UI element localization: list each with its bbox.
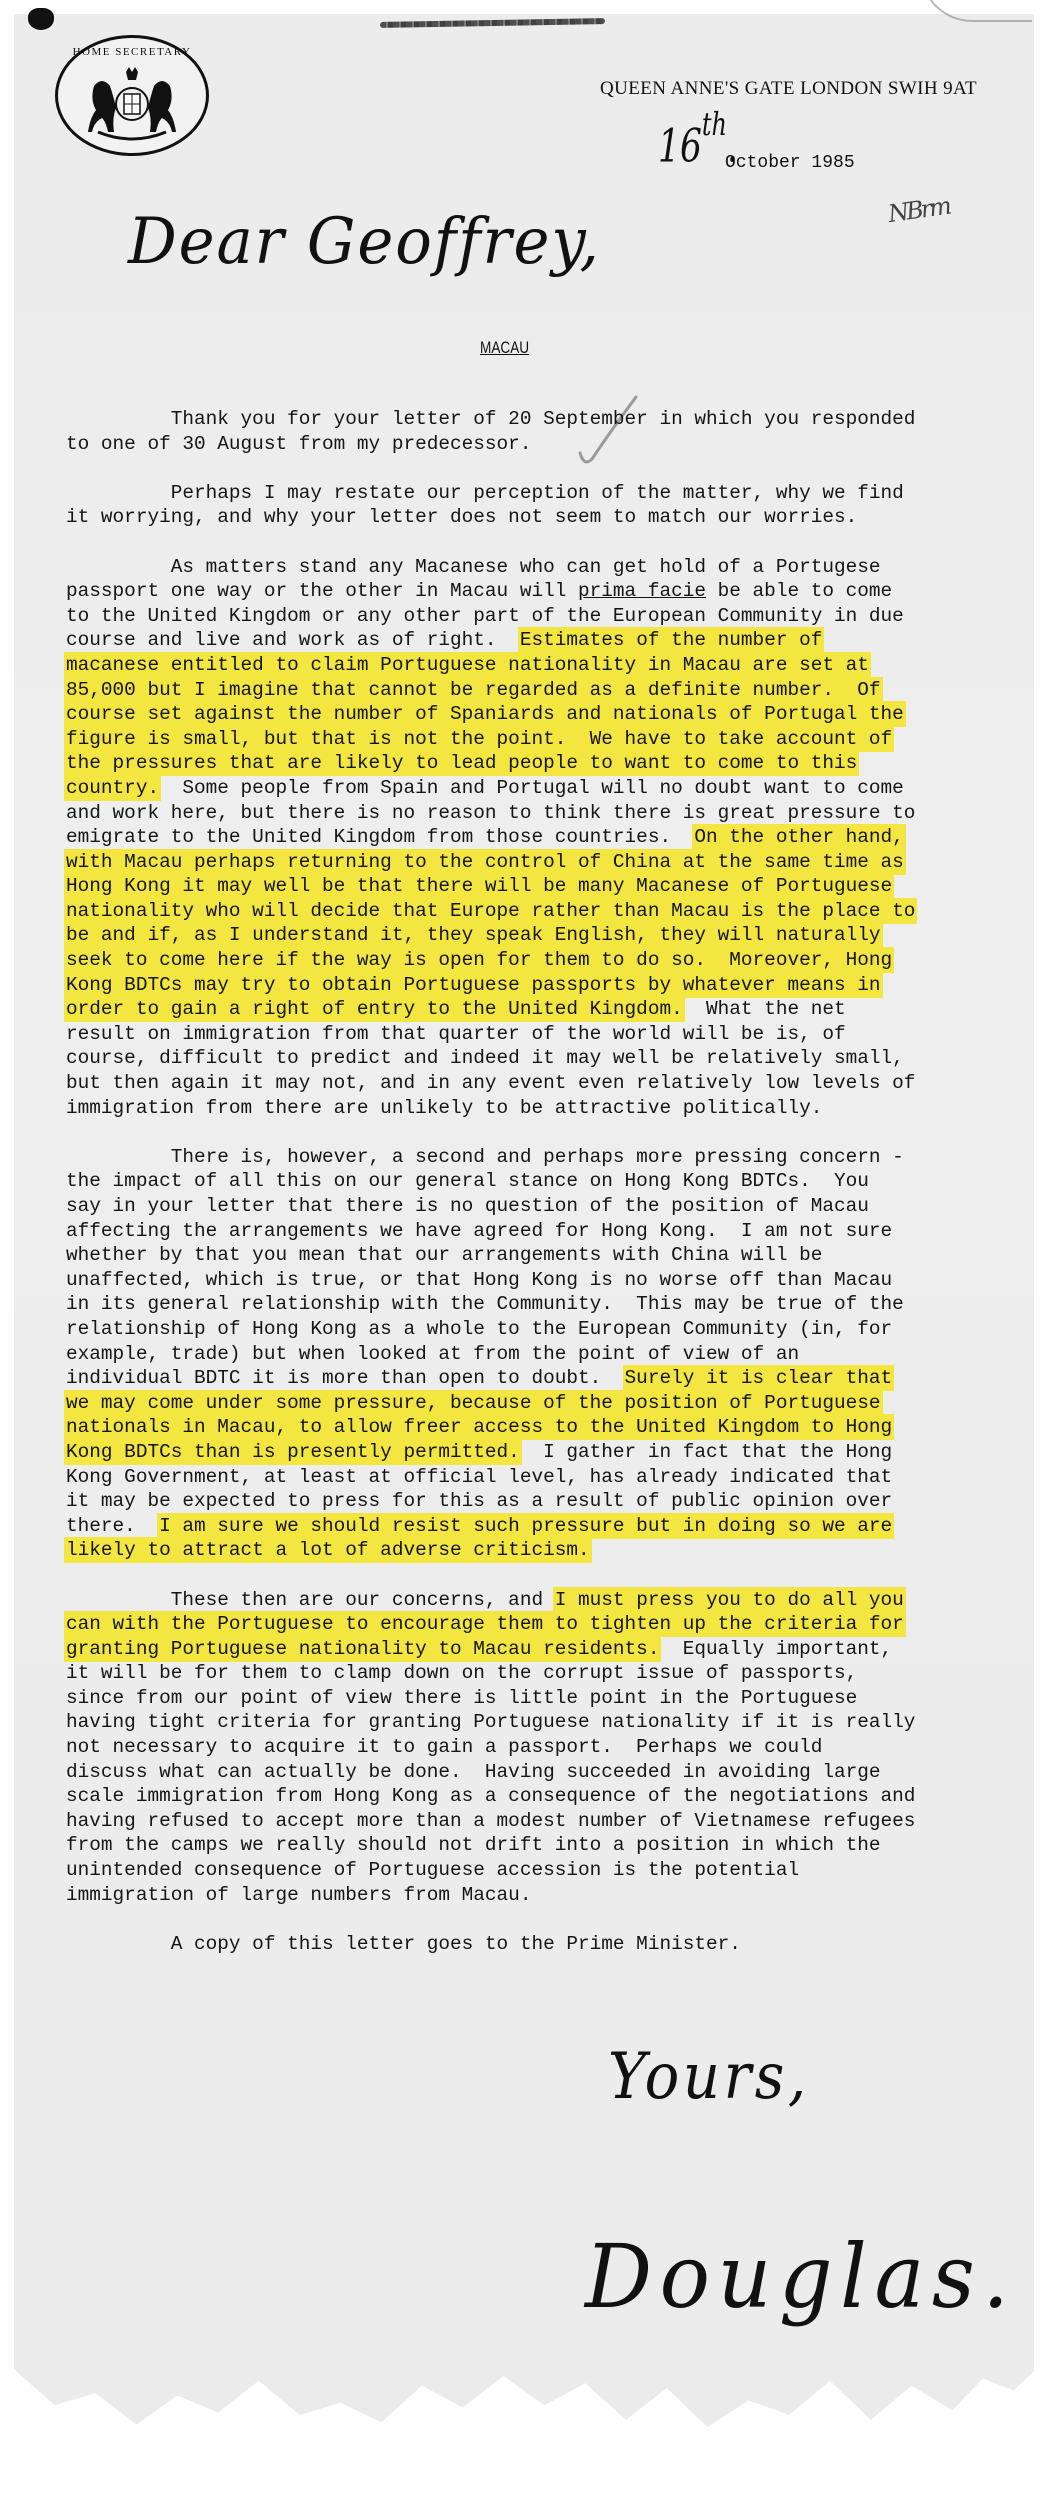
text-line: immigration from there are unlikely to b… <box>66 1096 966 1121</box>
text-segment: relationship of Hong Kong as a whole to … <box>66 1318 892 1340</box>
text-segment: whether by that you mean that our arrang… <box>66 1244 822 1266</box>
text-segment: course, difficult to predict and indeed … <box>66 1047 904 1069</box>
paragraph: A copy of this letter goes to the Prime … <box>66 1932 966 1957</box>
text-line: nationality who will decide that Europe … <box>66 899 966 924</box>
text-segment: and work here, but there is no reason to… <box>66 802 915 824</box>
highlighted-text: granting Portuguese nationality to Macau… <box>66 1638 659 1660</box>
text-line: course, difficult to predict and indeed … <box>66 1046 966 1071</box>
subject-heading: MACAU <box>480 338 529 358</box>
text-line: unintended consequence of Portuguese acc… <box>66 1858 966 1883</box>
punch-hole-mark <box>28 8 54 30</box>
text-line: and work here, but there is no reason to… <box>66 801 966 826</box>
highlighted-text: Kong BDTCs may try to obtain Portuguese … <box>66 974 881 996</box>
highlighted-text: the pressures that are likely to lead pe… <box>66 752 857 774</box>
text-segment: Equally important, <box>659 1638 892 1660</box>
text-line: seek to come here if the way is open for… <box>66 948 966 973</box>
text-segment: Some people from Spain and Portugal will… <box>159 777 904 799</box>
text-line: it will be for them to clamp down on the… <box>66 1661 966 1686</box>
highlighted-text: Estimates of the number of <box>520 629 823 651</box>
text-line: passport one way or the other in Macau w… <box>66 579 966 604</box>
text-line: scale immigration from Hong Kong as a co… <box>66 1784 966 1809</box>
highlighted-text: Hong Kong it may well be that there will… <box>66 875 892 897</box>
text-line: macanese entitled to claim Portuguese na… <box>66 653 966 678</box>
royal-coat-of-arms-icon <box>88 66 176 141</box>
text-line: Kong Government, at least at official le… <box>66 1465 966 1490</box>
text-line: not necessary to acquire it to gain a pa… <box>66 1735 966 1760</box>
text-segment: What the net <box>683 998 846 1020</box>
text-segment: be able to come <box>706 580 892 602</box>
text-segment: it may be expected to press for this as … <box>66 1490 892 1512</box>
text-line: since from our point of view there is li… <box>66 1686 966 1711</box>
paragraph: Perhaps I may restate our perception of … <box>66 481 966 530</box>
paragraph: As matters stand any Macanese who can ge… <box>66 555 966 1121</box>
salutation: Dear Geoffrey, <box>128 205 601 279</box>
highlighted-text: with Macau perhaps returning to the cont… <box>66 851 904 873</box>
text-segment: example, trade) but when looked at from … <box>66 1343 799 1365</box>
text-segment: As matters stand any Macanese who can ge… <box>66 556 881 578</box>
text-line: Kong BDTCs than is presently permitted. … <box>66 1440 966 1465</box>
text-segment: having tight criteria for granting Portu… <box>66 1711 915 1733</box>
text-segment: Thank you for your letter of 20 Septembe… <box>66 408 915 430</box>
highlighted-text: Surely it is clear that <box>625 1367 893 1389</box>
text-line: emigrate to the United Kingdom from thos… <box>66 825 966 850</box>
text-line: figure is small, but that is not the poi… <box>66 727 966 752</box>
highlighted-text: seek to come here if the way is open for… <box>66 949 892 971</box>
text-line: whether by that you mean that our arrang… <box>66 1243 966 1268</box>
text-line: be and if, as I understand it, they spea… <box>66 923 966 948</box>
text-segment: These then are our concerns, and <box>66 1589 555 1611</box>
text-line: from the camps we really should not drif… <box>66 1833 966 1858</box>
text-segment: scale immigration from Hong Kong as a co… <box>66 1785 915 1807</box>
text-segment: it will be for them to clamp down on the… <box>66 1662 857 1684</box>
text-line: order to gain a right of entry to the Un… <box>66 997 966 1022</box>
highlighted-text: I am sure we should resist such pressure… <box>159 1515 892 1537</box>
highlighted-text: order to gain a right of entry to the Un… <box>66 998 683 1020</box>
text-line: can with the Portuguese to encourage the… <box>66 1612 966 1637</box>
text-line: Thank you for your letter of 20 Septembe… <box>66 407 966 432</box>
text-segment: to one of 30 August from my predecessor. <box>66 433 531 455</box>
text-line: discuss what can actually be done. Havin… <box>66 1760 966 1785</box>
text-line: A copy of this letter goes to the Prime … <box>66 1932 966 1957</box>
text-segment: emigrate to the United Kingdom from thos… <box>66 826 694 848</box>
crest-label: HOME SECRETARY <box>58 46 206 58</box>
text-segment: unaffected, which is true, or that Hong … <box>66 1269 892 1291</box>
text-line: immigration of large numbers from Macau. <box>66 1883 966 1908</box>
text-segment: to the United Kingdom or any other part … <box>66 605 904 627</box>
text-segment: immigration of large numbers from Macau. <box>66 1884 531 1906</box>
text-segment: There is, however, a second and perhaps … <box>66 1146 904 1168</box>
paragraph: There is, however, a second and perhaps … <box>66 1145 966 1563</box>
text-line: course and live and work as of right. Es… <box>66 628 966 653</box>
text-line: the pressures that are likely to lead pe… <box>66 751 966 776</box>
highlighted-text: we may come under some pressure, because… <box>66 1392 881 1414</box>
paragraph: These then are our concerns, and I must … <box>66 1588 966 1908</box>
text-line: course set against the number of Spaniar… <box>66 702 966 727</box>
text-line: with Macau perhaps returning to the cont… <box>66 850 966 875</box>
home-secretary-crest: HOME SECRETARY <box>55 35 209 156</box>
text-segment: Kong Government, at least at official le… <box>66 1466 892 1488</box>
text-segment: discuss what can actually be done. Havin… <box>66 1761 881 1783</box>
text-segment: affecting the arrangements we have agree… <box>66 1220 892 1242</box>
text-line: it may be expected to press for this as … <box>66 1489 966 1514</box>
text-segment: say in your letter that there is no ques… <box>66 1195 869 1217</box>
paragraph: Thank you for your letter of 20 Septembe… <box>66 407 966 456</box>
text-line: say in your letter that there is no ques… <box>66 1194 966 1219</box>
text-segment: there. <box>66 1515 159 1537</box>
highlighted-text: On the other hand, <box>694 826 903 848</box>
closing: Yours, <box>608 2040 810 2114</box>
text-line: country. Some people from Spain and Port… <box>66 776 966 801</box>
text-line: granting Portuguese nationality to Macau… <box>66 1637 966 1662</box>
text-line: example, trade) but when looked at from … <box>66 1342 966 1367</box>
text-segment: not necessary to acquire it to gain a pa… <box>66 1736 822 1758</box>
highlighted-text: macanese entitled to claim Portuguese na… <box>66 654 869 676</box>
text-line: result on immigration from that quarter … <box>66 1022 966 1047</box>
highlighted-text: nationality who will decide that Europe … <box>66 900 915 922</box>
highlighted-text: country. <box>66 777 159 799</box>
typed-date: October 1985 <box>725 153 855 173</box>
text-segment: course and live and work as of right. <box>66 629 520 651</box>
highlighted-text: Kong BDTCs than is presently permitted. <box>66 1441 520 1463</box>
letter-body: Thank you for your letter of 20 Septembe… <box>66 407 966 1981</box>
text-line: having tight criteria for granting Portu… <box>66 1710 966 1735</box>
text-line: in its general relationship with the Com… <box>66 1292 966 1317</box>
highlighted-text: figure is small, but that is not the poi… <box>66 728 892 750</box>
text-line: there. I am sure we should resist such p… <box>66 1514 966 1539</box>
text-segment: but then again it may not, and in any ev… <box>66 1072 915 1094</box>
highlighted-text: nationals in Macau, to allow freer acces… <box>66 1416 892 1438</box>
text-segment: individual BDTC it is more than open to … <box>66 1367 625 1389</box>
text-line: individual BDTC it is more than open to … <box>66 1366 966 1391</box>
text-line: likely to attract a lot of adverse criti… <box>66 1538 966 1563</box>
text-segment: from the camps we really should not drif… <box>66 1834 881 1856</box>
text-segment: since from our point of view there is li… <box>66 1687 857 1709</box>
highlighted-text: be and if, as I understand it, they spea… <box>66 924 881 946</box>
text-line: having refused to accept more than a mod… <box>66 1809 966 1834</box>
text-segment: in its general relationship with the Com… <box>66 1293 904 1315</box>
text-line: unaffected, which is true, or that Hong … <box>66 1268 966 1293</box>
text-segment: immigration from there are unlikely to b… <box>66 1097 822 1119</box>
text-line: to one of 30 August from my predecessor. <box>66 432 966 457</box>
text-line: Kong BDTCs may try to obtain Portuguese … <box>66 973 966 998</box>
text-line: relationship of Hong Kong as a whole to … <box>66 1317 966 1342</box>
text-line: to the United Kingdom or any other part … <box>66 604 966 629</box>
text-segment: it worrying, and why your letter does no… <box>66 506 857 528</box>
underlined-text: prima facie <box>578 580 706 602</box>
highlighted-text: 85,000 but I imagine that cannot be rega… <box>66 679 881 701</box>
highlighted-text: I must press you to do all you <box>555 1589 904 1611</box>
text-line: nationals in Macau, to allow freer acces… <box>66 1415 966 1440</box>
text-segment: having refused to accept more than a mod… <box>66 1810 915 1832</box>
highlighted-text: can with the Portuguese to encourage the… <box>66 1613 904 1635</box>
text-segment: the impact of all this on our general st… <box>66 1170 869 1192</box>
text-line: affecting the arrangements we have agree… <box>66 1219 966 1244</box>
letterhead-address: QUEEN ANNE'S GATE LONDON SWIH 9AT <box>600 78 977 100</box>
text-line: we may come under some pressure, because… <box>66 1391 966 1416</box>
text-line: There is, however, a second and perhaps … <box>66 1145 966 1170</box>
highlighted-text: course set against the number of Spaniar… <box>66 703 904 725</box>
text-segment: unintended consequence of Portuguese acc… <box>66 1859 799 1881</box>
text-line: Perhaps I may restate our perception of … <box>66 481 966 506</box>
text-line: Hong Kong it may well be that there will… <box>66 874 966 899</box>
text-line: the impact of all this on our general st… <box>66 1169 966 1194</box>
text-segment: result on immigration from that quarter … <box>66 1023 846 1045</box>
text-line: 85,000 but I imagine that cannot be rega… <box>66 678 966 703</box>
text-segment: passport one way or the other in Macau w… <box>66 580 578 602</box>
text-line: but then again it may not, and in any ev… <box>66 1071 966 1096</box>
text-line: As matters stand any Macanese who can ge… <box>66 555 966 580</box>
signature: Douglas. <box>585 2225 1017 2328</box>
text-segment: A copy of this letter goes to the Prime … <box>66 1933 741 1955</box>
text-segment: Perhaps I may restate our perception of … <box>66 482 904 504</box>
text-segment: I gather in fact that the Hong <box>520 1441 892 1463</box>
highlighted-text: likely to attract a lot of adverse criti… <box>66 1539 590 1561</box>
text-line: These then are our concerns, and I must … <box>66 1588 966 1613</box>
text-line: it worrying, and why your letter does no… <box>66 505 966 530</box>
